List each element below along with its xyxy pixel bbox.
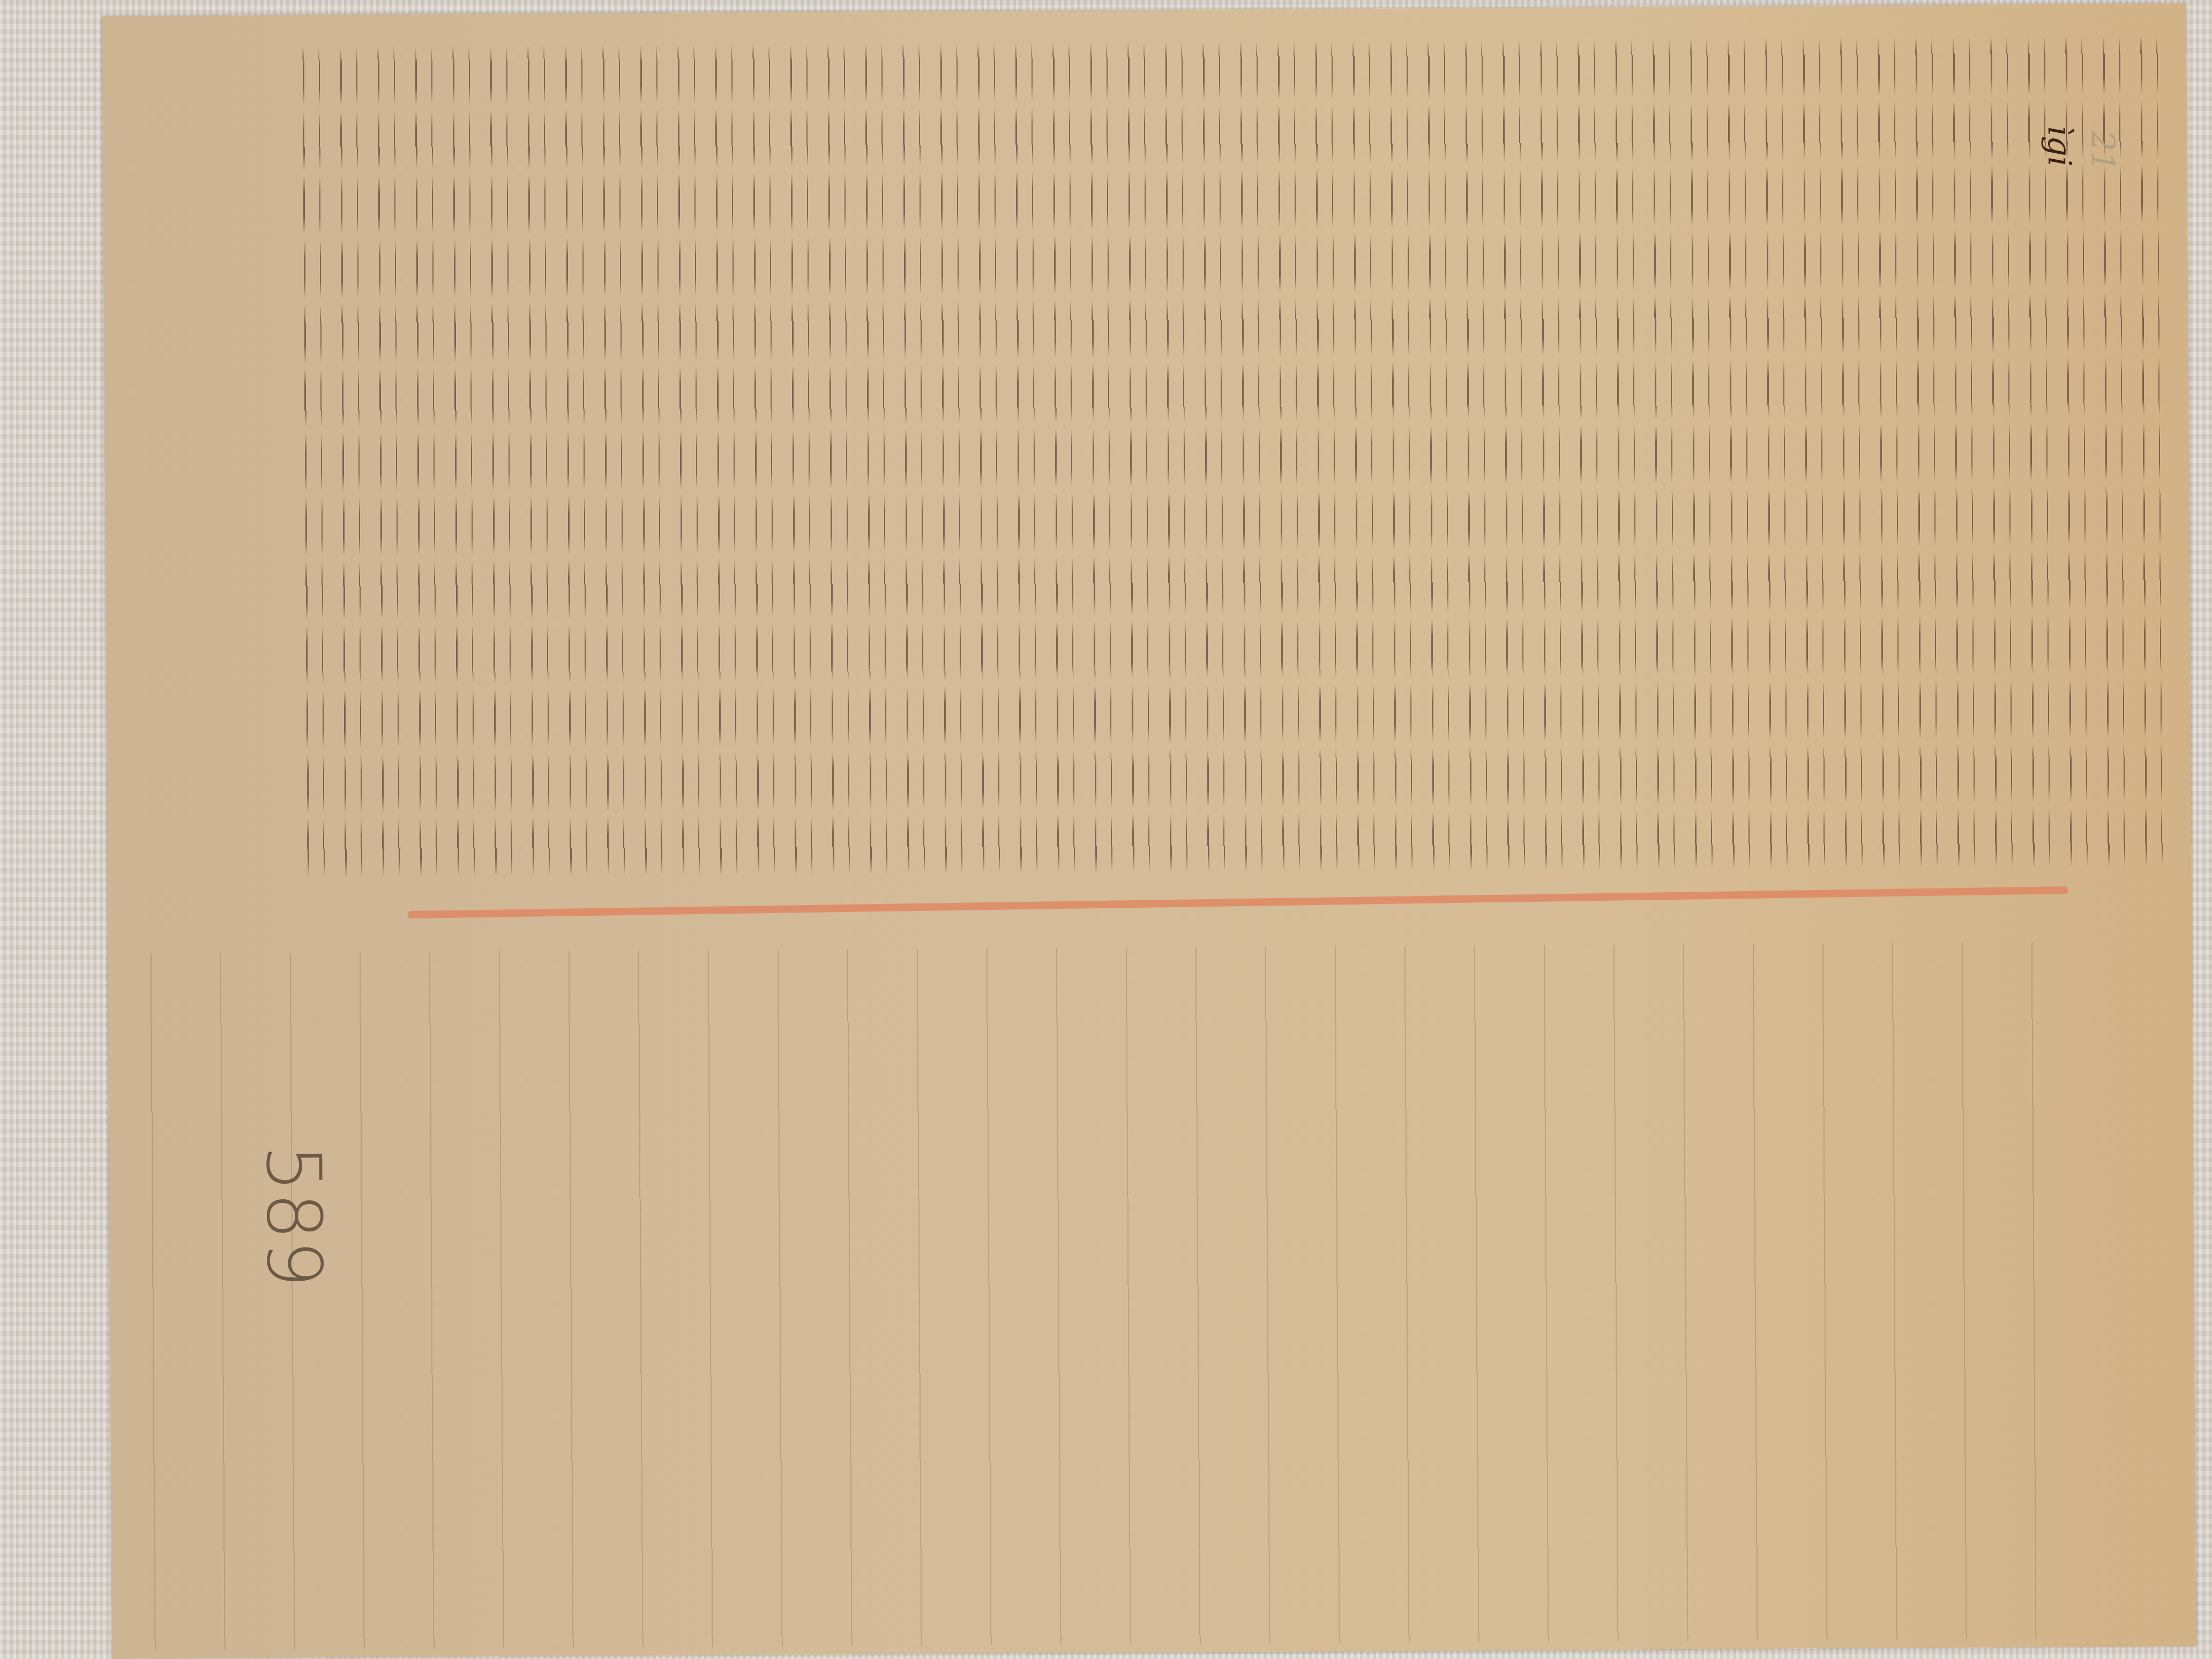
text-line [296,229,2162,299]
ink-bleedthrough [108,942,2041,1650]
manuscript-page: 21 ìgi 589 [102,3,2196,1659]
text-line [295,36,2160,106]
page-number: 21 [2083,131,2121,172]
handwritten-text-block [295,36,2165,915]
text-line [297,357,2162,428]
catchword: ìgi [2041,125,2078,167]
text-line [295,100,2161,170]
text-line [296,165,2161,235]
text-line [298,550,2163,621]
text-line [299,679,2164,749]
text-line [296,293,2162,363]
text-line [299,743,2164,813]
text-line [298,615,2164,685]
text-line [300,808,2165,878]
text-line [297,486,2163,556]
text-line [297,422,2163,492]
archive-number: 589 [249,1144,338,1288]
